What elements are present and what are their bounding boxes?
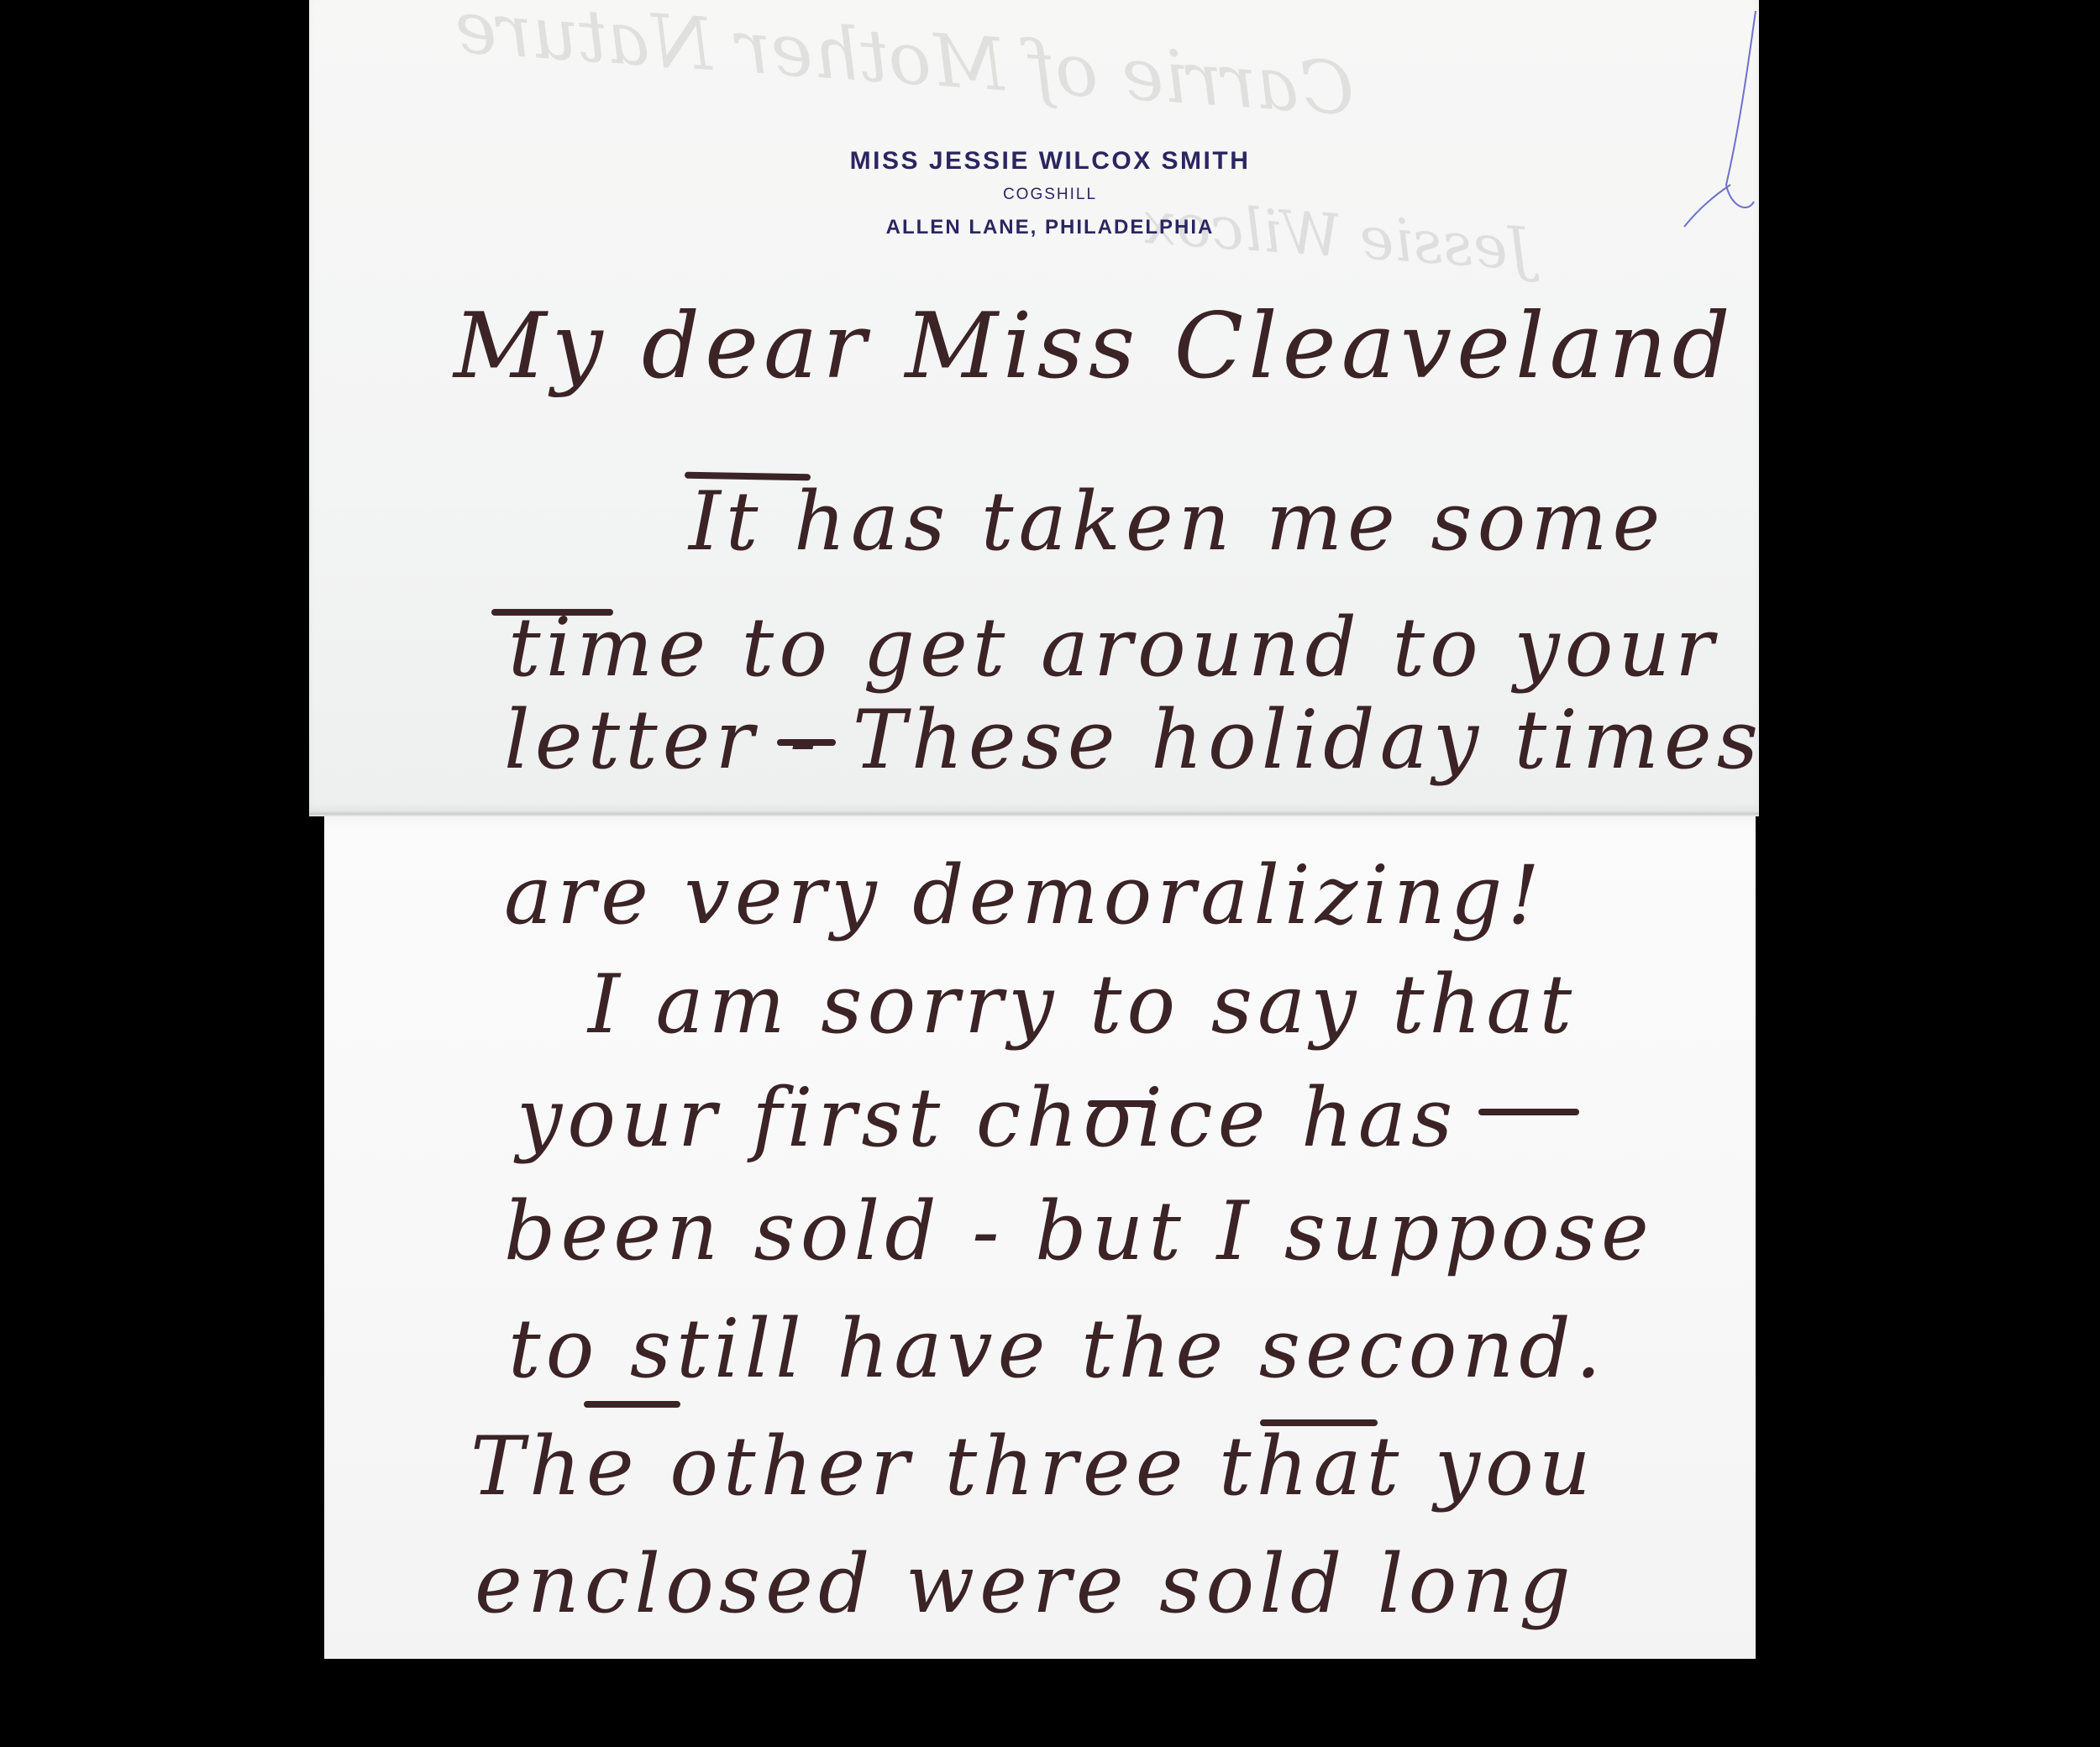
letterhead: MISS JESSIE WILCOX SMITH COGSHILL ALLEN …	[756, 144, 1344, 244]
ink-stroke	[1260, 1419, 1378, 1426]
letterhead-name: MISS JESSIE WILCOX SMITH	[756, 144, 1344, 178]
ink-stroke	[491, 609, 613, 616]
ink-stroke	[1478, 1109, 1579, 1115]
ink-stroke	[777, 739, 836, 746]
letter-line: The other three that you	[470, 1419, 1596, 1514]
ink-stroke	[1088, 1100, 1155, 1107]
ink-stroke	[584, 1401, 680, 1408]
letter-line: time to get around to your	[508, 601, 1719, 695]
letter-line: I am sorry to say that	[588, 957, 1577, 1052]
paper-fold-crease	[309, 811, 1759, 816]
letter-line: letter - These holiday times	[504, 693, 1763, 787]
letterhead-house: COGSHILL	[756, 178, 1344, 212]
document-photo: Carrie of Mother Nature Jessie Wilcox MI…	[0, 0, 2100, 1747]
letter-salutation: My dear Miss Cleaveland	[454, 294, 1735, 399]
letter-line: It has taken me some	[689, 475, 1665, 569]
letter-line: enclosed were sold long	[475, 1537, 1576, 1631]
letterhead-address: ALLEN LANE, PHILADELPHIA	[756, 212, 1344, 244]
letter-line: are very demoralizing!	[504, 848, 1545, 942]
pencil-check-mark-icon	[1680, 4, 1760, 231]
letter-line: been sold - but I suppose	[504, 1184, 1654, 1278]
letter-line: your first choice has	[517, 1071, 1457, 1165]
letter-line: to still have the second.	[508, 1302, 1606, 1396]
